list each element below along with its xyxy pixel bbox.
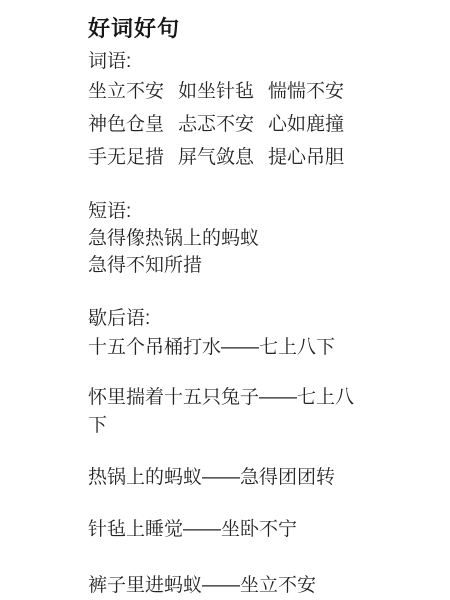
xiehouyu-item: 针毡上睡觉——坐卧不宁 <box>88 516 364 544</box>
word-item: 心如鹿撞 <box>268 108 344 141</box>
page-title: 好词好句 <box>88 14 364 44</box>
phrases-heading: 短语: <box>88 198 364 225</box>
section-phrases: 短语: 急得像热锅上的蚂蚁 急得不知所措 <box>88 198 364 279</box>
xiehouyu-item: 怀里揣着十五只兔子——七上八下 <box>88 384 364 440</box>
xiehouyu-item: 裤子里进蚂蚁——坐立不安 <box>88 572 364 600</box>
section-words: 词语: 坐立不安 如坐针毡 惴惴不安 神色仓皇 忐忑不安 心如鹿撞 手无足措 屏… <box>88 48 364 174</box>
phrase-item: 急得不知所措 <box>88 252 364 279</box>
xiehouyu-heading: 歇后语: <box>88 305 364 332</box>
word-item: 提心吊胆 <box>268 141 344 174</box>
word-row: 坐立不安 如坐针毡 惴惴不安 <box>88 75 364 108</box>
note-page: 好词好句 词语: 坐立不安 如坐针毡 惴惴不安 神色仓皇 忐忑不安 心如鹿撞 手… <box>0 0 450 600</box>
word-item: 屏气敛息 <box>178 141 254 174</box>
words-heading: 词语: <box>88 48 364 75</box>
xiehouyu-item: 热锅上的蚂蚁——急得团团转 <box>88 464 364 492</box>
word-item: 手无足措 <box>88 141 164 174</box>
word-row: 手无足措 屏气敛息 提心吊胆 <box>88 141 364 174</box>
section-xiehouyu: 歇后语: 十五个吊桶打水——七上八下 怀里揣着十五只兔子——七上八下 热锅上的蚂… <box>88 305 364 600</box>
word-item: 坐立不安 <box>88 75 164 108</box>
word-row: 神色仓皇 忐忑不安 心如鹿撞 <box>88 108 364 141</box>
word-item: 忐忑不安 <box>178 108 254 141</box>
xiehouyu-item: 十五个吊桶打水——七上八下 <box>88 334 364 362</box>
word-item: 惴惴不安 <box>268 75 344 108</box>
phrase-item: 急得像热锅上的蚂蚁 <box>88 225 364 252</box>
word-item: 如坐针毡 <box>178 75 254 108</box>
word-item: 神色仓皇 <box>88 108 164 141</box>
